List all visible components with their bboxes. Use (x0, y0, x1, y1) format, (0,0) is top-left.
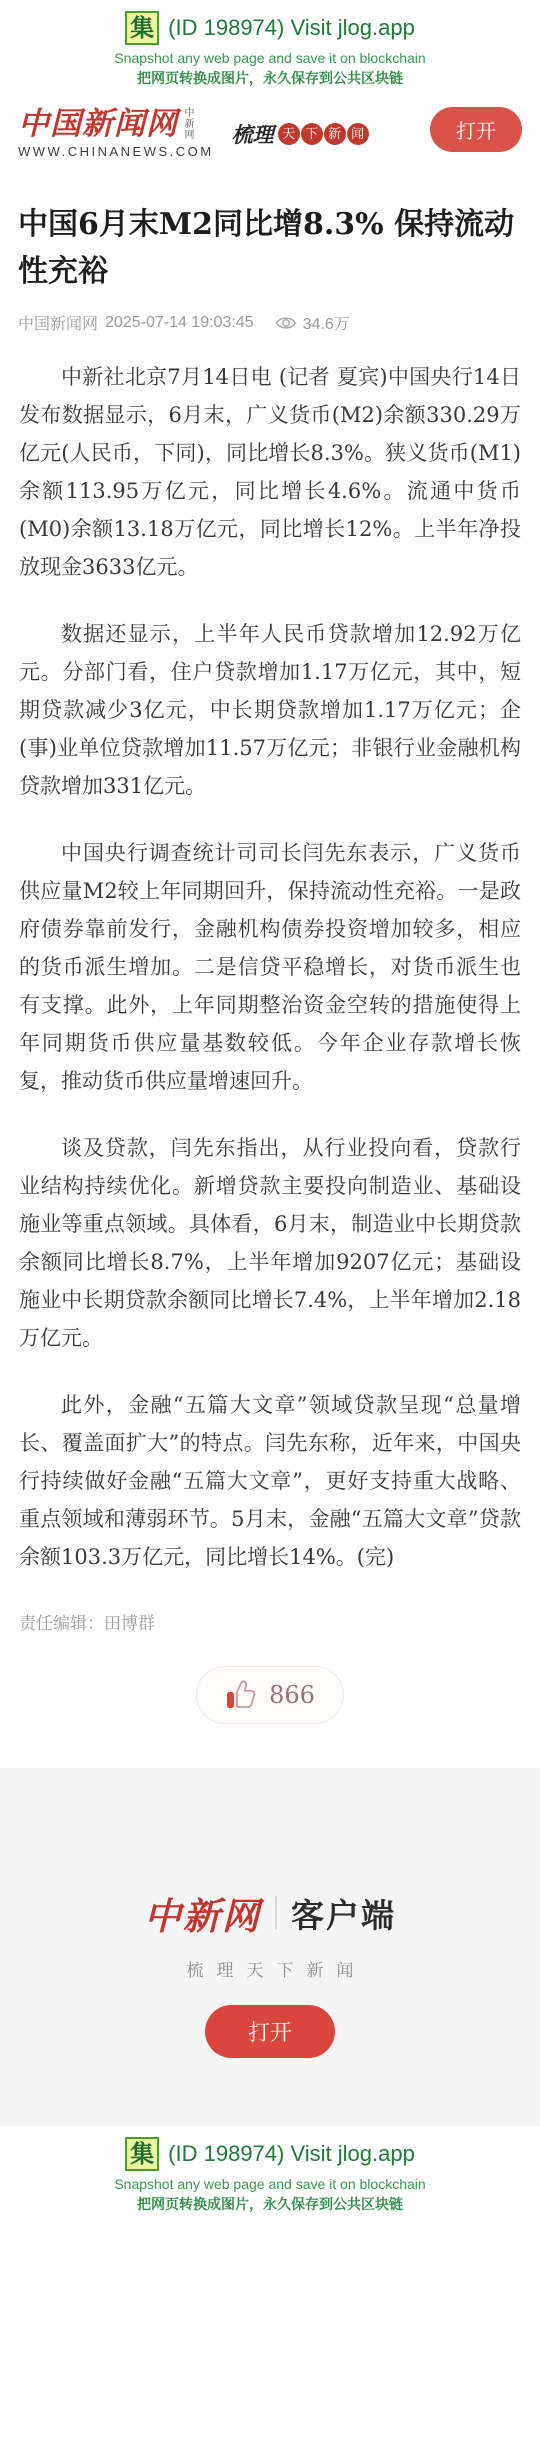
article-body: 中新社北京7月14日电 (记者 夏宾)中国央行14日发布数据显示，6月末，广义货… (0, 358, 540, 1605)
jlog-ji-icon: 集 (125, 11, 159, 45)
chinanews-logo[interactable]: 中国新闻网 中新网 WWW.CHINANEWS.COM (18, 107, 214, 159)
jlog-banner-subtitle-cn: 把网页转换成图片，永久保存到公共区块链 (0, 2194, 540, 2214)
chinanews-logo-sub: 中新网 (182, 107, 193, 141)
like-count: 866 (269, 1681, 315, 1709)
page: 集 (ID 198974) Visit jlog.app Snapshot an… (0, 0, 540, 2454)
chinanews-url: WWW.CHINANEWS.COM (18, 144, 214, 159)
jlog-banner-subtitle-en: Snapshot any web page and save it on blo… (0, 49, 540, 68)
slogan-seal: 天 (278, 123, 300, 145)
footer-logo: 中新网 客户端 (0, 1886, 540, 1940)
site-header: 中国新闻网 中新网 WWW.CHINANEWS.COM 梳理 天 下 新 闻 打… (0, 95, 540, 177)
slogan-seal: 下 (301, 123, 323, 145)
article-meta: 中国新闻网 2025-07-14 19:03:45 34.6万 (18, 311, 522, 334)
open-app-button-footer[interactable]: 打开 (205, 2005, 335, 2058)
jlog-banner-subtitle-en: Snapshot any web page and save it on blo… (0, 2175, 540, 2194)
footer-logo-text: 中新网 (144, 1886, 261, 1940)
article-source: 中国新闻网 (18, 311, 98, 334)
open-app-button-header[interactable]: 打开 (430, 107, 522, 152)
footer-logo-client: 客户端 (291, 1890, 396, 1937)
like-section: 866 (0, 1666, 540, 1724)
article-title: 中国6月末M2同比增8.3% 保持流动性充裕 (18, 201, 522, 295)
article-paragraph: 谈及贷款，闫先东指出，从行业投向看，贷款行业结构持续优化。新增贷款主要投向制造业… (19, 1129, 521, 1357)
article-paragraph: 此外，金融“五篇大文章”领域贷款呈现“总量增长、覆盖面扩大”的特点。闫先东称，近… (19, 1386, 521, 1576)
app-promo-footer: 中新网 客户端 梳理天下新闻 打开 (0, 1768, 540, 2126)
slogan-seal: 新 (324, 123, 346, 145)
slogan-prefix: 梳理 (232, 119, 274, 149)
editor-line: 责任编辑：田博群 (19, 1609, 540, 1634)
eye-icon (275, 315, 297, 331)
jlog-banner-id-text: (ID 198974) Visit jlog.app (168, 9, 415, 47)
jlog-banner-title: 集 (ID 198974) Visit jlog.app (0, 2135, 540, 2173)
thumbs-up-icon (225, 1679, 259, 1711)
jlog-ji-icon: 集 (125, 2137, 159, 2171)
slogan-logo: 梳理 天 下 新 闻 (232, 119, 430, 149)
views-counter: 34.6万 (275, 311, 350, 334)
like-button[interactable]: 866 (196, 1666, 344, 1724)
jlog-banner-subtitle-cn: 把网页转换成图片，永久保存到公共区块链 (0, 68, 540, 88)
article-paragraph: 中新社北京7月14日电 (记者 夏宾)中国央行14日发布数据显示，6月末，广义货… (19, 358, 521, 586)
views-count: 34.6万 (303, 311, 350, 334)
slogan-seal: 闻 (347, 123, 369, 145)
jlog-banner-id-text: (ID 198974) Visit jlog.app (168, 2135, 415, 2173)
article-datetime: 2025-07-14 19:03:45 (105, 314, 254, 332)
jlog-banner-top[interactable]: 集 (ID 198974) Visit jlog.app Snapshot an… (0, 0, 540, 95)
jlog-banner-bottom[interactable]: 集 (ID 198974) Visit jlog.app Snapshot an… (0, 2126, 540, 2221)
footer-logo-divider (275, 1896, 277, 1930)
chinanews-logo-text: 中国新闻网 (18, 107, 178, 141)
footer-tagline: 梳理天下新闻 (0, 1956, 540, 1981)
jlog-banner-title: 集 (ID 198974) Visit jlog.app (0, 9, 540, 47)
article-paragraph: 数据还显示，上半年人民币贷款增加12.92万亿元。分部门看，住户贷款增加1.17… (19, 615, 521, 805)
article-paragraph: 中国央行调查统计司司长闫先东表示，广义货币供应量M2较上年同期回升，保持流动性充… (19, 834, 521, 1100)
